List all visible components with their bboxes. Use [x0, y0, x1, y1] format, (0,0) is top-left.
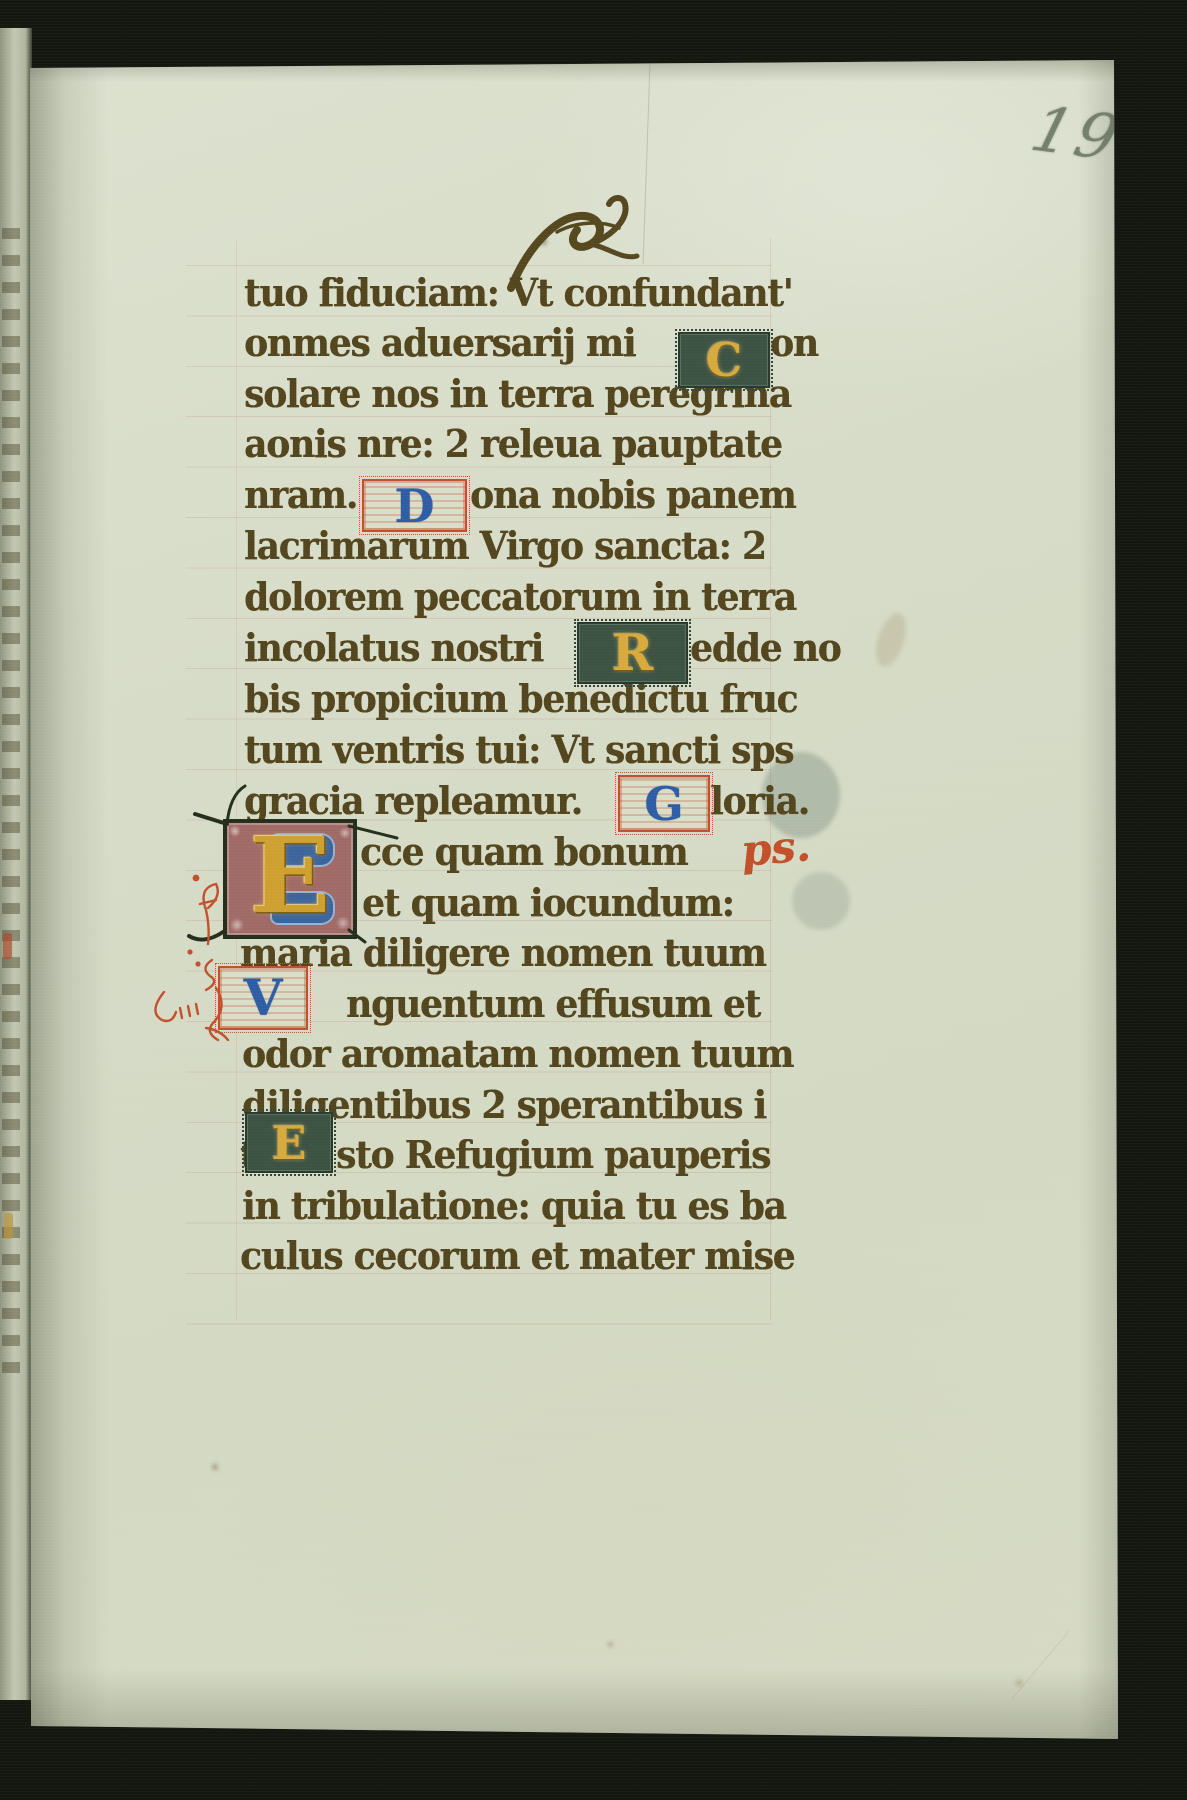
psalm-rubric: ps.	[739, 821, 812, 877]
text-line: aonis nre: 2 releua pauptate	[244, 422, 782, 468]
facing-page-text-fragments	[2, 228, 20, 1378]
text-line: lacrimarum Virgo sancta: 2	[244, 524, 766, 570]
right-edge-shadow	[1078, 60, 1118, 1742]
text-line: dolorem peccatorum in terra	[244, 575, 796, 621]
foxing-spot	[870, 609, 912, 670]
text-line: onmes aduersarij mi	[244, 321, 635, 367]
gray-smudge-small	[792, 872, 850, 930]
initial-D-dona: D	[362, 479, 467, 532]
manuscript-page: 19 tuo fiduciam: Vt confundant' onmes ad…	[0, 0, 1187, 1800]
foxing-dot	[212, 1464, 218, 1470]
foxing-dot-3	[1016, 1680, 1022, 1686]
text-line: ona nobis panem	[470, 473, 796, 519]
text-line: edde no	[690, 626, 840, 672]
bottom-edge-shadow	[30, 1668, 1118, 1742]
top-edge-shadow	[30, 58, 1118, 82]
folio-number-pencil: 19	[1024, 93, 1129, 175]
text-line: odor aromatam nomen tuum	[242, 1032, 793, 1078]
text-line: bis propicium benedictu fruc	[244, 677, 797, 723]
initial-E-esto: E	[245, 1112, 333, 1173]
facing-page-red-initial-fragment	[3, 933, 12, 959]
facing-page-edge	[0, 28, 32, 1700]
margin-penwork	[128, 860, 238, 1050]
text-line: loria.	[710, 779, 809, 825]
text-line: sto Refugium pauperis	[336, 1133, 770, 1179]
initial-G-gloria: G	[618, 775, 710, 832]
initial-R-redde: R	[577, 622, 688, 684]
facing-page-gold-initial-fragment	[4, 1213, 13, 1239]
gutter-shadow	[30, 60, 108, 1740]
manuscript-photo: 19 tuo fiduciam: Vt confundant' onmes ad…	[0, 0, 1187, 1800]
vellum-crease-corner	[1011, 1630, 1070, 1700]
foxing-dot-2	[608, 1642, 613, 1647]
text-line: tum ventris tui: Vt sancti sps	[244, 728, 793, 774]
initial-letter: R	[612, 628, 654, 678]
initial-C-consolare: C	[678, 332, 770, 388]
text-line: nram.	[244, 473, 357, 519]
text-line: on	[770, 321, 818, 367]
text-line: et quam iocundum:	[362, 881, 734, 927]
text-line: in tribulatione: quia tu es ba	[242, 1184, 786, 1230]
initial-letter: E	[271, 1120, 306, 1166]
initial-letter: C	[706, 337, 743, 383]
initial-letter: D	[395, 483, 435, 529]
text-line: incolatus nostri	[244, 626, 543, 672]
text-line: cce quam bonum	[360, 830, 687, 876]
initial-letter: G	[644, 781, 683, 827]
text-line: tuo fiduciam: Vt confundant'	[244, 271, 792, 317]
initial-letter: V	[244, 973, 283, 1023]
text-line: nguentum effusum et	[346, 982, 760, 1028]
text-line: culus cecorum et mater mise	[240, 1234, 794, 1280]
